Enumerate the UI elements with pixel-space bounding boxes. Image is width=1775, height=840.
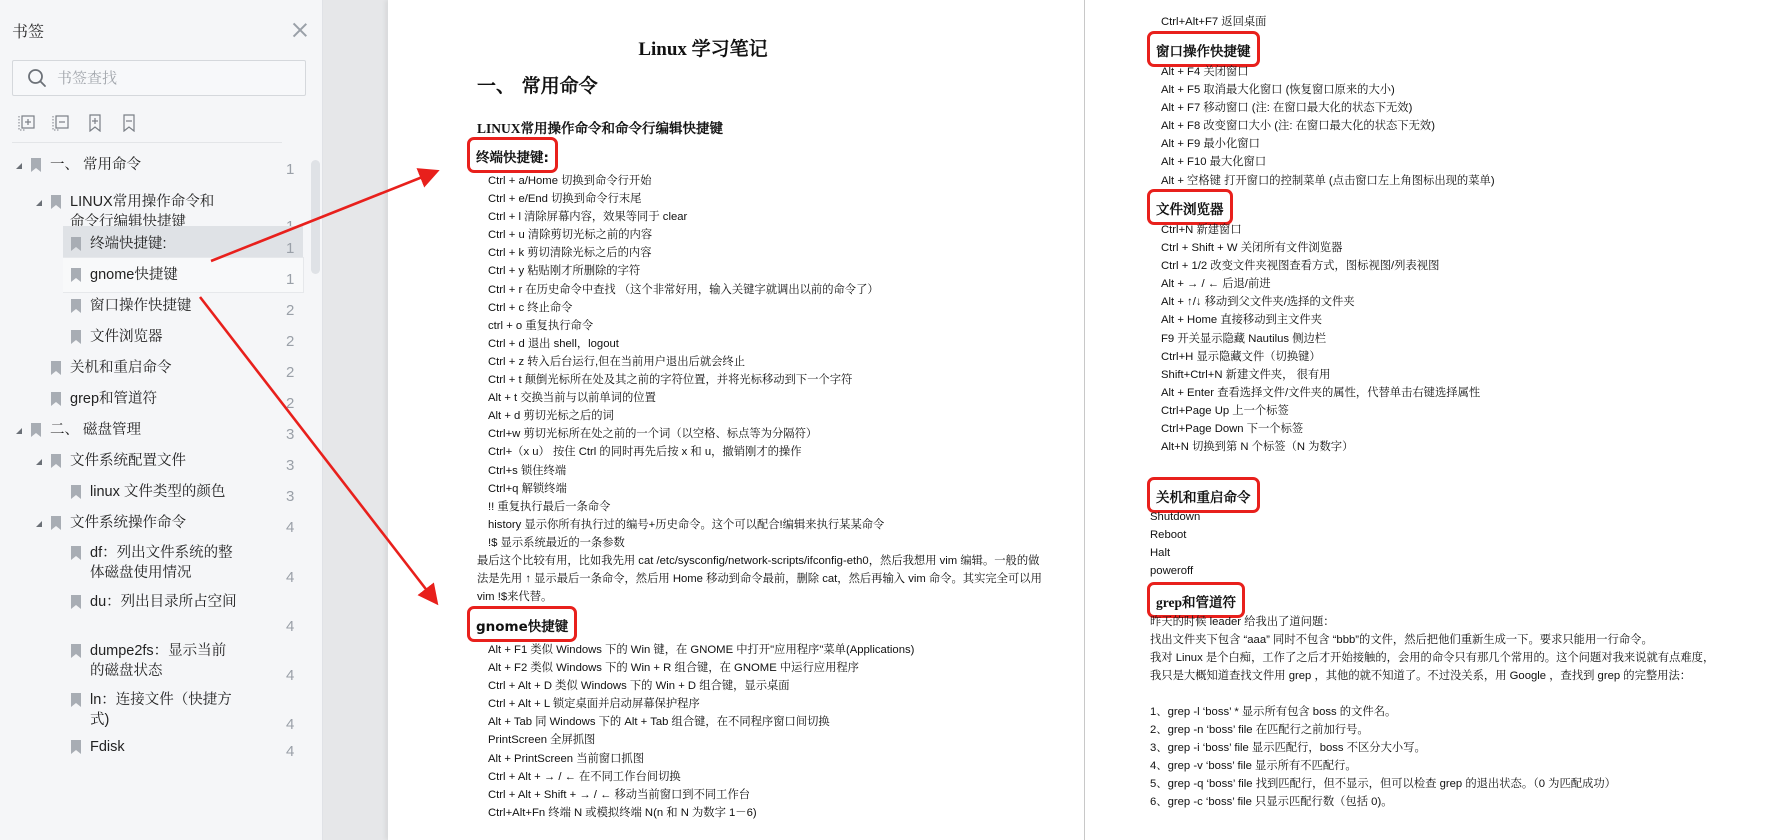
bookmark-page-number: 2	[286, 395, 294, 412]
bookmark-item[interactable]: ln：连接文件（快捷方式)4	[0, 690, 300, 730]
remove-bookmark-icon[interactable]	[120, 114, 138, 132]
bookmark-item[interactable]: 二、 磁盘管理3	[0, 420, 300, 440]
text-line: ctrl + o 重复执行命令	[488, 317, 884, 335]
bookmark-item[interactable]: dumpe2fs：显示当前的磁盘状态4	[0, 641, 300, 681]
expand-triangle-icon[interactable]	[34, 519, 44, 529]
text-line: 4、grep -v ‘boss’ file 显示所有不匹配行。	[1150, 757, 1616, 775]
expand-triangle-icon[interactable]	[14, 161, 24, 171]
text-line: Alt + F1 类似 Windows 下的 Win 键，在 GNOME 中打开…	[488, 641, 914, 659]
bookmark-item[interactable]: 文件浏览器2	[0, 327, 300, 347]
text-line: Shutdown	[1150, 508, 1200, 526]
text-line: 找出文件夹下包含 “aaa” 同时不包含 “bbb”的文件，然后把他们重新生成一…	[1150, 631, 1716, 649]
bookmark-label: du：列出目录所占空间	[90, 592, 237, 612]
bookmark-icon	[70, 484, 82, 500]
bookmark-icon	[50, 194, 62, 210]
text-line: Alt + d 剪切光标之后的词	[488, 407, 884, 425]
bookmark-item[interactable]: grep和管道符2	[0, 389, 300, 409]
heading-shutdown-commands: 关机和重启命令	[1150, 480, 1257, 510]
bookmark-label: ln：连接文件（快捷方式)	[90, 690, 240, 730]
text-line: !! 重复执行最后一条命令	[488, 498, 884, 516]
bookmark-item[interactable]: gnome快捷键1	[0, 265, 300, 285]
text-line: Ctrl + l 清除屏幕内容，效果等同于 clear	[488, 208, 884, 226]
grep-intro: 昨天的时候 leader 给我出了道问题：找出文件夹下包含 “aaa” 同时不包…	[1150, 613, 1716, 685]
bookmark-label: dumpe2fs：显示当前的磁盘状态	[90, 641, 240, 681]
text-line: !$ 显示系统最近的一条参数	[488, 534, 884, 552]
text-line: Ctrl + c 终止命令	[488, 299, 884, 317]
bookmark-panel: 书签 一、 常用命令1LINUX常用	[0, 0, 323, 840]
text-line: Alt + F2 类似 Windows 下的 Win + R 组合键，在 GNO…	[488, 659, 914, 677]
bookmark-item[interactable]: 一、 常用命令1	[0, 155, 300, 175]
text-line: Ctrl+Alt+Fn 终端 N 或模拟终端 N(n 和 N 为数字 1－6)	[488, 804, 914, 822]
bookmark-item[interactable]: 窗口操作快捷键2	[0, 296, 300, 316]
text-line: Alt + Enter 查看选择文件/文件夹的属性，代替单击右键选择属性	[1161, 384, 1480, 402]
text-line: Ctrl + d 退出 shell，logout	[488, 335, 884, 353]
bookmark-icon	[70, 643, 82, 659]
bookmark-icon	[70, 329, 82, 345]
text-line: Ctrl+H 显示隐藏文件（切换键）	[1161, 348, 1480, 366]
text-line: Ctrl + u 清除剪切光标之前的内容	[488, 226, 884, 244]
bookmark-icon	[30, 422, 42, 438]
text-line: Alt + F9 最小化窗口	[1161, 135, 1495, 153]
bookmark-search-input[interactable]	[57, 70, 277, 87]
bookmark-item[interactable]: df：列出文件系统的整体磁盘使用情况4	[0, 543, 300, 583]
bookmark-page-number: 4	[286, 716, 294, 733]
bookmark-page-number: 1	[286, 240, 294, 257]
text-line: Alt + F4 关闭窗口	[1161, 63, 1495, 81]
text-line: Alt + → / ← 后退/前进	[1161, 275, 1480, 293]
bookmark-page-number: 3	[286, 488, 294, 505]
bookmark-icon	[70, 739, 82, 755]
terminal-note: 最后这个比较有用，比如我先用 cat /etc/sysconfig/networ…	[477, 552, 1047, 606]
text-line: Alt + F7 移动窗口 (注: 在窗口最大化的状态下无效)	[1161, 99, 1495, 117]
bookmark-item[interactable]: 关机和重启命令2	[0, 358, 300, 378]
bookmark-label: Fdisk	[90, 737, 125, 757]
text-line: Ctrl + 1/2 改变文件夹视图查看方式，图标视图/列表视图	[1161, 257, 1480, 275]
text-line: Halt	[1150, 544, 1200, 562]
bookmark-search-box[interactable]	[12, 60, 306, 96]
bookmark-item[interactable]: Fdisk4	[0, 737, 300, 757]
text-line: 5、grep -q ‘boss’ file 找到匹配行，但不显示，但可以检查 g…	[1150, 775, 1616, 793]
search-icon	[27, 68, 47, 88]
text-line: 我对 Linux 是个白痴，工作了之后才开始接触的，会用的命令只有那几个常用的。…	[1150, 649, 1716, 685]
shortcut-line: Ctrl+Alt+F7 返回桌面	[1161, 13, 1266, 31]
text-line: Ctrl + e/End 切换到命令行末尾	[488, 190, 884, 208]
heading-terminal-shortcuts: 终端快捷键:	[470, 140, 555, 170]
text-line: Ctrl+q 解锁终端	[488, 480, 884, 498]
text-line: Ctrl+N 新建窗口	[1161, 221, 1480, 239]
page2-top-line: Ctrl+Alt+F7 返回桌面	[1161, 13, 1266, 31]
close-icon[interactable]	[290, 20, 310, 40]
text-line: F9 开关显示隐藏 Nautilus 侧边栏	[1161, 330, 1480, 348]
bookmark-page-number: 3	[286, 457, 294, 474]
bookmark-icon	[30, 157, 42, 173]
bookmark-label: 文件系统操作命令	[70, 513, 186, 533]
text-line: Ctrl+Page Up 上一个标签	[1161, 402, 1480, 420]
text-line: 3、grep -i ‘boss’ file 显示匹配行，boss 不区分大小写。	[1150, 739, 1616, 757]
bookmark-icon	[70, 298, 82, 314]
bookmark-label: 窗口操作快捷键	[90, 296, 192, 316]
text-line: Alt + F5 取消最大化窗口 (恢复窗口原来的大小)	[1161, 81, 1495, 99]
bookmark-page-number: 4	[286, 743, 294, 760]
window-shortcut-list: Alt + F4 关闭窗口Alt + F5 取消最大化窗口 (恢复窗口原来的大小…	[1161, 63, 1495, 190]
bookmark-icon	[70, 545, 82, 561]
text-line: Ctrl + k 剪切清除光标之后的内容	[488, 244, 884, 262]
text-line: Ctrl + Alt + Shift + → / ← 移动当前窗口到不同工作台	[488, 786, 914, 804]
heading-window-shortcuts: 窗口操作快捷键	[1150, 34, 1257, 64]
bookmark-page-number: 1	[286, 271, 294, 288]
text-line: Ctrl + Shift + W 关闭所有文件浏览器	[1161, 239, 1480, 257]
text-line: Alt + PrintScreen 当前窗口抓图	[488, 750, 914, 768]
gnome-shortcut-list: Alt + F1 类似 Windows 下的 Win 键，在 GNOME 中打开…	[488, 641, 914, 822]
panel-title: 书签	[12, 19, 44, 42]
bookmark-item[interactable]: 文件系统操作命令4	[0, 513, 300, 533]
text-line: Alt + F8 改变窗口大小 (注: 在窗口最大化的状态下无效)	[1161, 117, 1495, 135]
text-line: Ctrl + y 粘贴刚才所删除的字符	[488, 262, 884, 280]
text-line: 1、grep -l ‘boss’ * 显示所有包含 boss 的文件名。	[1150, 703, 1616, 721]
divider	[12, 142, 282, 143]
document-page-1: Linux 学习笔记 一、 常用命令 LINUX常用操作命令和命令行编辑快捷键 …	[388, 0, 1084, 840]
text-line: Shift+Ctrl+N 新建文件夹， 很有用	[1161, 366, 1480, 384]
expand-triangle-icon[interactable]	[34, 198, 44, 208]
text-line: Alt + ↑/↓ 移动到父文件夹/选择的文件夹	[1161, 293, 1480, 311]
text-line: Alt + Tab 同 Windows 下的 Alt + Tab 组合键，在不同…	[488, 713, 914, 731]
text-line: Alt + t 交换当前与以前单词的位置	[488, 389, 884, 407]
bookmark-page-number: 2	[286, 302, 294, 319]
heading-grep: grep和管道符	[1150, 585, 1242, 615]
text-line: Alt+N 切换到第 N 个标签（N 为数字）	[1161, 438, 1480, 456]
text-line: Reboot	[1150, 526, 1200, 544]
heading-common-commands: 一、 常用命令	[477, 71, 598, 98]
bookmark-icon	[50, 391, 62, 407]
bookmark-scrollbar[interactable]	[311, 160, 320, 274]
text-line: Ctrl + z 转入后台运行,但在当前用户退出后就会终止	[488, 353, 884, 371]
file-browser-shortcut-list: Ctrl+N 新建窗口Ctrl + Shift + W 关闭所有文件浏览器Ctr…	[1161, 221, 1480, 456]
heading-file-browser: 文件浏览器	[1150, 192, 1230, 222]
text-line: Ctrl + a/Home 切换到命令行开始	[488, 172, 884, 190]
bookmark-panel-header: 书签	[12, 18, 310, 42]
bookmark-item[interactable]: du：列出目录所占空间4	[0, 592, 300, 612]
bookmark-item[interactable]: 文件系统配置文件3	[0, 451, 300, 471]
bookmark-page-number: 1	[286, 161, 294, 178]
text-line: Ctrl+Page Down 下一个标签	[1161, 420, 1480, 438]
bookmark-toolbar	[18, 114, 138, 132]
document-title: Linux 学习笔记	[388, 34, 1018, 61]
text-line: poweroff	[1150, 562, 1200, 580]
bookmark-label: 一、 常用命令	[50, 155, 141, 175]
bookmark-page-number: 4	[286, 618, 294, 635]
bookmark-page-number: 2	[286, 333, 294, 350]
bookmark-icon	[50, 360, 62, 376]
text-line: 2、grep -n ‘boss’ file 在匹配行之前加行号。	[1150, 721, 1616, 739]
heading-linux-shortcuts: LINUX常用操作命令和命令行编辑快捷键	[477, 117, 723, 137]
text-line: Ctrl+（x u） 按住 Ctrl 的同时再先后按 x 和 u，撤销刚才的操作	[488, 443, 884, 461]
text-line: Alt + Home 直接移动到主文件夹	[1161, 311, 1480, 329]
text-line: Ctrl+s 锁住终端	[488, 462, 884, 480]
bookmark-label: 二、 磁盘管理	[50, 420, 141, 440]
bookmark-page-number: 4	[286, 667, 294, 684]
text-line: Ctrl + r 在历史命令中查找 （这个非常好用，输入关键字就调出以前的命令了…	[488, 281, 884, 299]
bookmark-icon	[70, 267, 82, 283]
text-line: 昨天的时候 leader 给我出了道问题：	[1150, 613, 1716, 631]
bookmark-icon	[70, 594, 82, 610]
bookmark-label: linux 文件类型的颜色	[90, 482, 225, 502]
text-line: Ctrl + Alt + D 类似 Windows 下的 Win + D 组合键…	[488, 677, 914, 695]
expand-all-icon[interactable]	[18, 114, 36, 132]
text-line: Alt + 空格键 打开窗口的控制菜单 (点击窗口左上角图标出现的菜单)	[1161, 172, 1495, 190]
collapse-all-icon[interactable]	[52, 114, 70, 132]
text-line: history 显示你所有执行过的编号+历史命令。这个可以配合!编辑来执行某某命…	[488, 516, 884, 534]
text-line: Ctrl+w 剪切光标所在处之前的一个词（以空格、标点等为分隔符）	[488, 425, 884, 443]
text-line: Alt + F10 最大化窗口	[1161, 153, 1495, 171]
shutdown-command-list: ShutdownRebootHaltpoweroff	[1150, 508, 1200, 580]
bookmark-label: gnome快捷键	[90, 265, 178, 285]
expand-triangle-icon[interactable]	[14, 426, 24, 436]
grep-usage-list: 1、grep -l ‘boss’ * 显示所有包含 boss 的文件名。2、gr…	[1150, 703, 1616, 812]
add-bookmark-icon[interactable]	[86, 114, 104, 132]
bookmark-item[interactable]: linux 文件类型的颜色3	[0, 482, 300, 502]
bookmark-icon	[70, 692, 82, 708]
document-viewer: Linux 学习笔记 一、 常用命令 LINUX常用操作命令和命令行编辑快捷键 …	[323, 0, 1775, 840]
bookmark-label: grep和管道符	[70, 389, 157, 409]
expand-triangle-icon[interactable]	[34, 457, 44, 467]
bookmark-page-number: 4	[286, 519, 294, 536]
text-line: Ctrl + Alt + → / ← 在不同工作台间切换	[488, 768, 914, 786]
bookmark-label: 终端快捷键:	[90, 234, 167, 254]
document-page-2: Ctrl+Alt+F7 返回桌面 窗口操作快捷键 Alt + F4 关闭窗口Al…	[1084, 0, 1775, 840]
bookmark-item[interactable]: 终端快捷键:1	[0, 234, 300, 254]
text-line: PrintScreen 全屏抓图	[488, 731, 914, 749]
bookmark-label: df：列出文件系统的整体磁盘使用情况	[90, 543, 240, 583]
text-line: 6、grep -c ‘boss’ file 只显示匹配行数（包括 0)。	[1150, 793, 1616, 811]
bookmark-icon	[70, 236, 82, 252]
text-line: Ctrl + Alt + L 锁定桌面并启动屏幕保护程序	[488, 695, 914, 713]
bookmark-page-number: 4	[286, 569, 294, 586]
text-line: Ctrl + t 颠倒光标所在处及其之前的字符位置，并将光标移动到下一个字符	[488, 371, 884, 389]
bookmark-label: 文件浏览器	[90, 327, 163, 347]
heading-gnome-shortcuts: gnome快捷键	[470, 609, 574, 639]
terminal-shortcut-list: Ctrl + a/Home 切换到命令行开始Ctrl + e/End 切换到命令…	[488, 172, 884, 552]
bookmark-label: 关机和重启命令	[70, 358, 172, 378]
bookmark-icon	[50, 453, 62, 469]
bookmark-page-number: 3	[286, 426, 294, 443]
bookmark-page-number: 2	[286, 364, 294, 381]
bookmark-label: 文件系统配置文件	[70, 451, 186, 471]
bookmark-icon	[50, 515, 62, 531]
